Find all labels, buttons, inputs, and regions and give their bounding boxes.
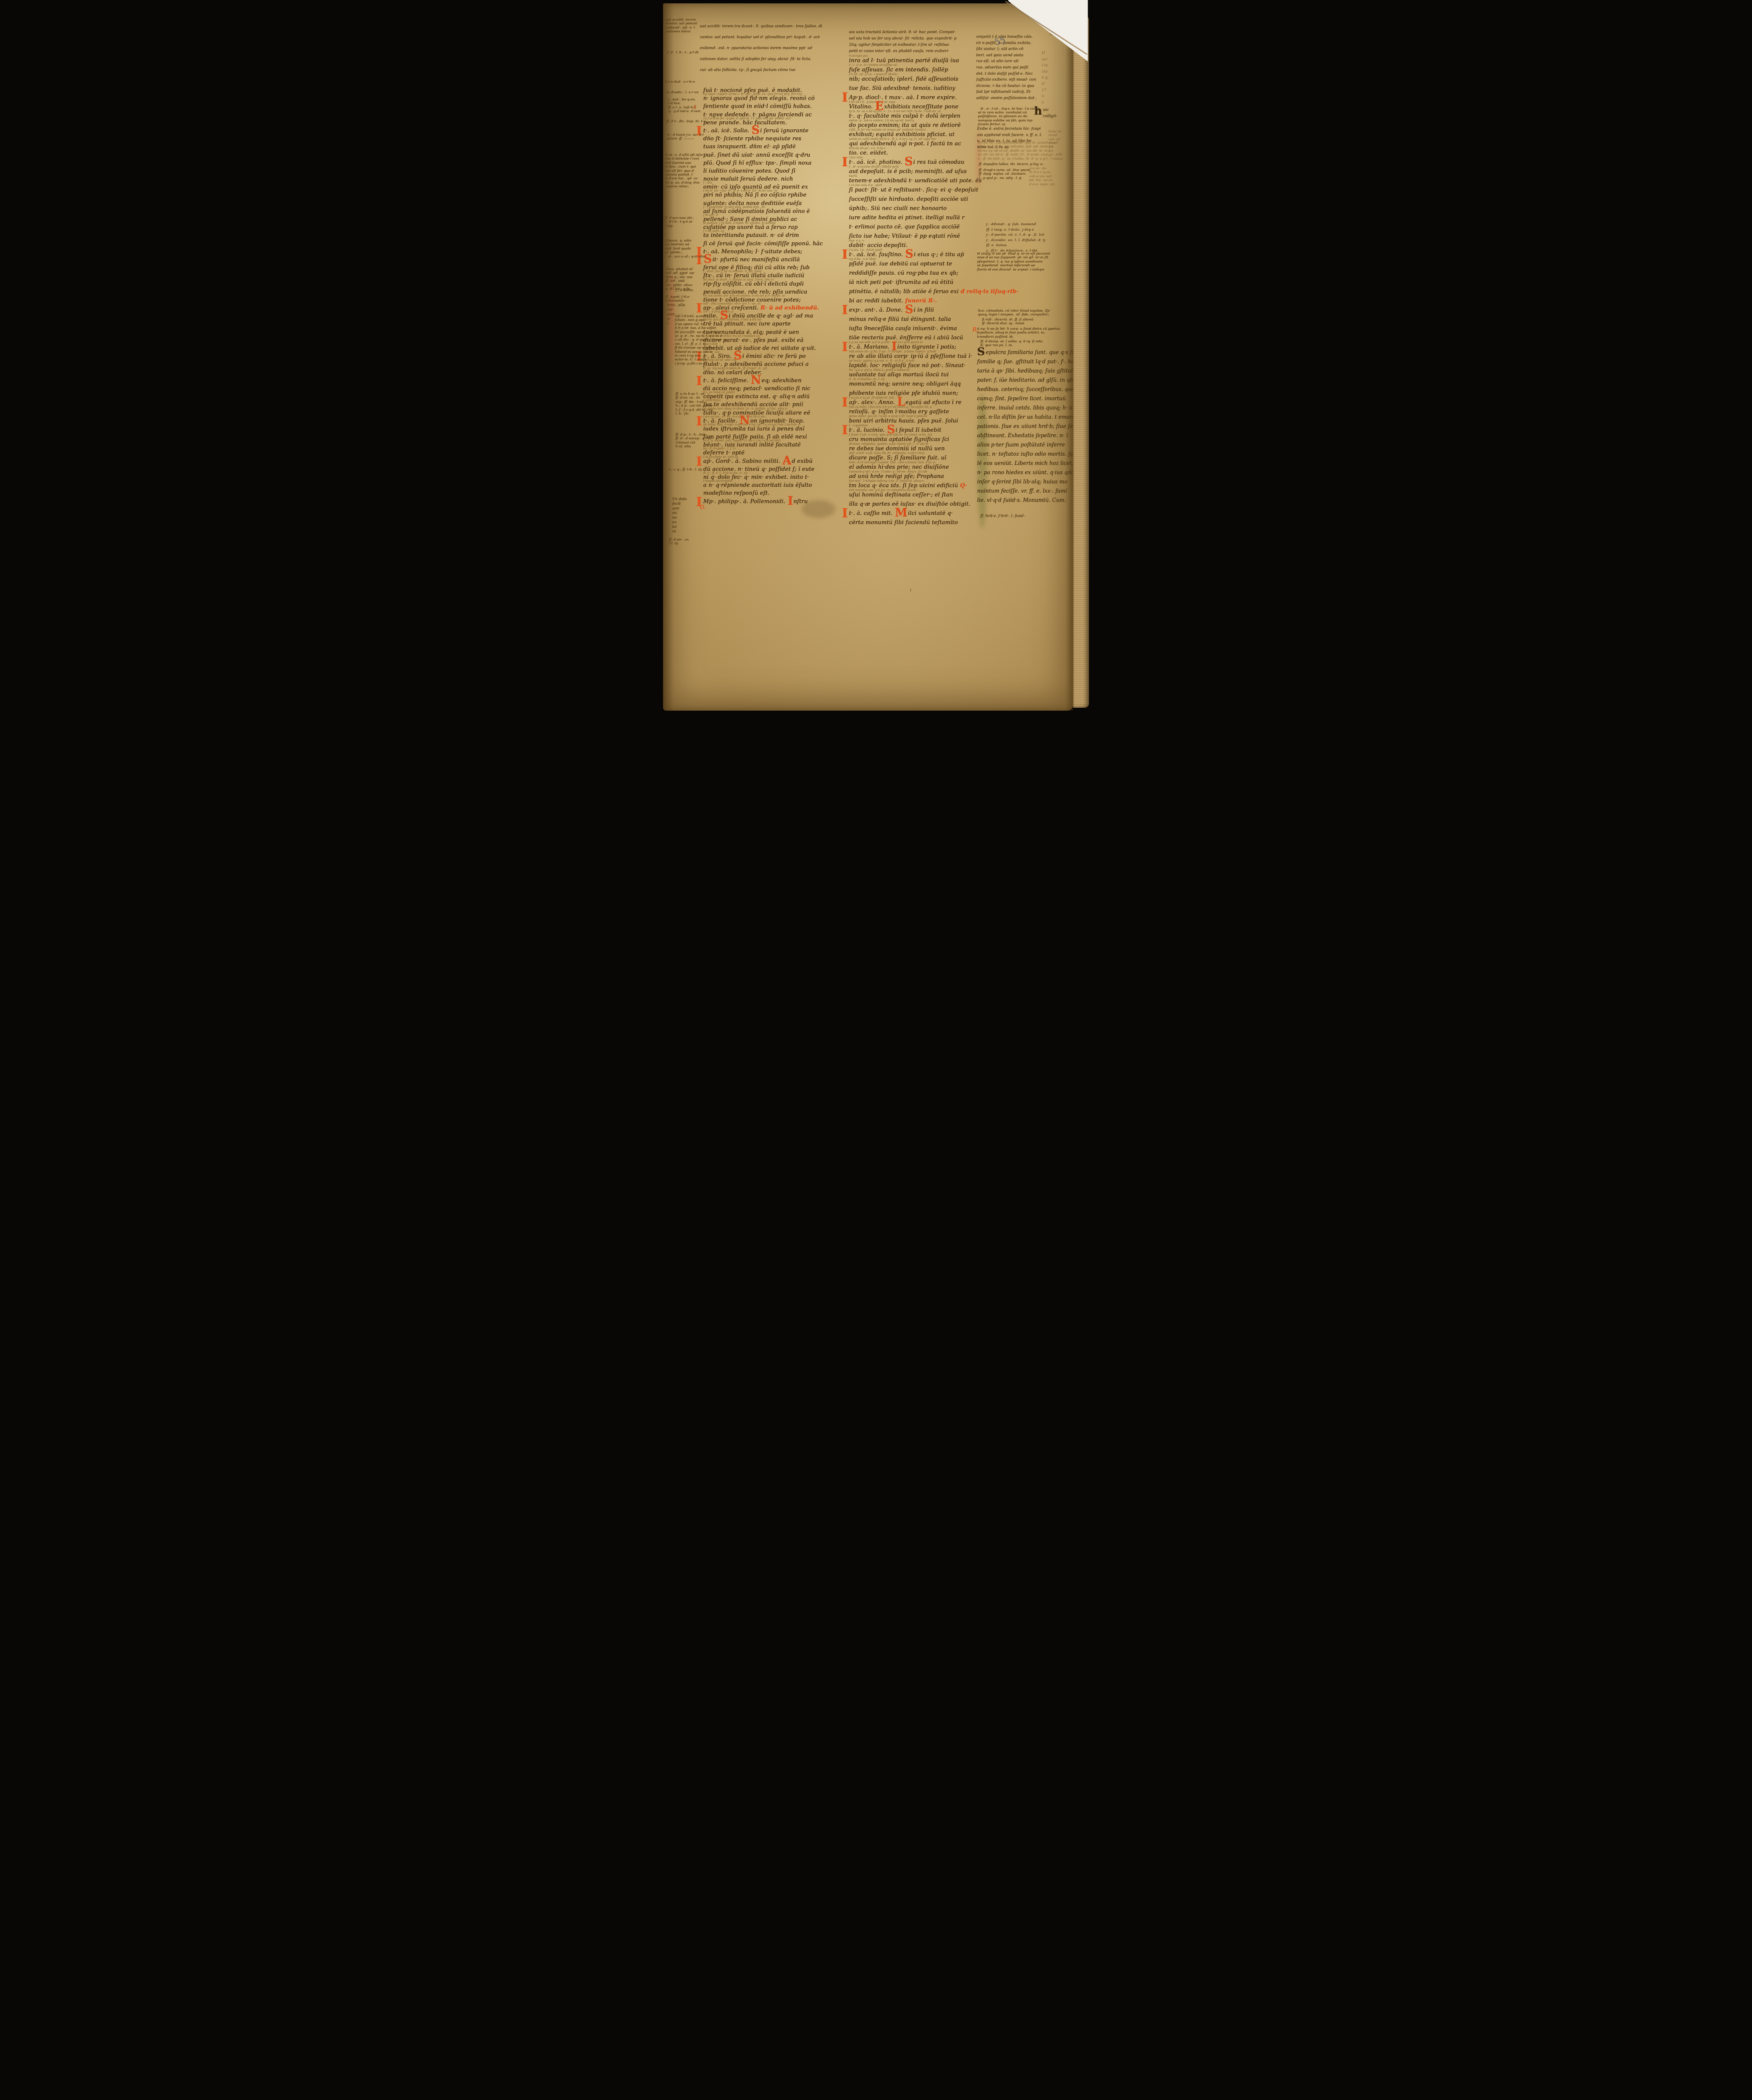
- main-text-line: a n· q·rēpniende auctoritati iuis ēſulto: [703, 481, 834, 489]
- photograph-backdrop: uat accōib· inrem tra dcunt·. 9. quibus …: [657, 0, 1095, 713]
- margin-gloss-line: ff. e. Sotoe.: [986, 242, 1046, 248]
- line-text: inito tigrante ī potis;: [897, 344, 956, 350]
- main-text-line: IMp·. philipp·. ā. Pollemonidi. Inſtru: [703, 498, 834, 506]
- margin-gloss-line: rus. aduerſus eum qui poſſi: [976, 65, 1037, 71]
- main-text-line: modeſtino reſponſū eſt.: [703, 489, 834, 497]
- margin-gloss-block: ff. d·acc·oue ale·.j·. d·l·b·. t·q·ā aī·…: [665, 216, 695, 228]
- main-text-line: plū. Quod ſi hī efflux· tps·. ſimpli nox…: [703, 159, 834, 167]
- margin-gloss-block: ut in rem actio. rambulat cūpoſſeſſione.…: [978, 110, 1033, 126]
- margin-gloss-line: quoq; legis ī nexpan·. id· fide. compell…: [978, 312, 1051, 316]
- line-text: noxie maluit ſeruū dedere. nich: [703, 176, 793, 182]
- margin-gloss-line: lē eos ueniūt. Liberis mich hoz licet.: [977, 459, 1088, 468]
- bottom-mark: ı: [910, 587, 912, 593]
- line-text: egatū ad efucto ī re: [905, 399, 961, 406]
- margin-gloss-line: cta: [1042, 69, 1049, 75]
- margin-gloss-line: Vn dolo: [672, 497, 687, 502]
- line-text: t·. ā. Mariano.: [849, 344, 891, 350]
- line-text: I· ſ·uitute debes;: [755, 249, 802, 255]
- margin-gloss-line: cet. n·lla diſtīn ſer us habita. t emanc…: [977, 412, 1088, 422]
- line-text: fuſe aſſeuas. ſic em intendis. ſollēp: [849, 67, 948, 73]
- main-text-line: §ſentiente quod in eiid·l cōmiſſū habas.: [703, 102, 834, 110]
- line-text: relioſū. q· inſim ī·moibu ery gaſſete: [849, 409, 949, 415]
- line-text: piri nō phibis; Nā ſi eo cōſcio rphibe: [703, 192, 807, 198]
- line-text: Mp·. philipp·. ā. Pollemonidi.: [703, 499, 787, 505]
- line-text: ilci uoluntatē q·: [908, 510, 953, 517]
- book-fore-edge: [1073, 17, 1089, 708]
- margin-initial: I: [696, 456, 702, 468]
- main-text-line: illa q·æ partes eē iuſas· ex diuiſtōe ob…: [849, 500, 975, 509]
- line-text: pene prande. hāc facultatem.: [703, 120, 787, 126]
- margin-gloss-line: am apphend endi facere. v. ff. e. l.: [977, 132, 1042, 139]
- margin-gloss-block: ff. depoſita lulles. ibi. Sicero. p·loy.…: [979, 162, 1045, 166]
- line-text: i eius q·; ē titu ap̄: [914, 252, 964, 258]
- main-text-line: monumtū neq; uenire neq; obligari āqq: [849, 380, 975, 389]
- margin-gloss-block: ff. dregl·s iuris. cē. Hoc pacis.ff. dpi…: [979, 168, 1031, 180]
- margin-gloss-line: ex: [672, 520, 687, 525]
- margin-gloss-block: Sepulcra familiaria ſunt. que q·s ſibi;f…: [977, 348, 1088, 505]
- margin-gloss-block: ff; d·t·. dic. Sup. Si. t·u·.: [666, 119, 708, 123]
- margin-gloss-line: taria ā qs· ſibi. hedibusq; ſuis gſtitui…: [977, 366, 1088, 375]
- line-text: exhibuit; equitā exhibitiois pficiat. ut: [849, 131, 955, 138]
- margin-gloss-line: be: [672, 525, 687, 530]
- main-text-line: ūphib;. Siū nec ciuili nec honoario: [849, 204, 975, 213]
- margin-gloss-line: O.: [700, 506, 706, 509]
- main-text-line: iudex iſtrumīta tui iuris ā penes dnī: [703, 425, 834, 433]
- margin-gloss-line: j·; d·hedio.: [676, 288, 694, 292]
- main-text-line: puē. ſinet dū uiat· annū exceſſit q·dru: [703, 151, 834, 159]
- margin-gloss-block: t·; i; q·; ff. t·b·. l. iij.: [669, 467, 703, 471]
- margin-gloss-line: h·ul. alia.: [676, 444, 713, 448]
- manuscript-page: uat accōib· inrem tra dcunt·. 9. quibus …: [663, 3, 1073, 711]
- margin-initial: I: [696, 415, 702, 428]
- main-text-line: rip·ſty cōſiſtit. cū obl·ī delictū dupli: [703, 280, 834, 288]
- main-text-line: iure adite hedita ei ptinet. itelligi nu…: [849, 213, 975, 223]
- opening-gloss: uat accōib· inrem tra dcunt·. 9. quibus …: [700, 21, 822, 76]
- margin-gloss-line: inſer q·ſerint ſibi lib·alq; huius mo: [977, 477, 1088, 486]
- line-text: t·. aā. icē. fauſtino.: [849, 252, 905, 258]
- margin-initial: I: [696, 302, 702, 315]
- rubric-text: Q·: [958, 483, 967, 489]
- margin-gloss-block: S; dradic·. l. v·r·vn: [666, 90, 699, 94]
- line-text: bi ac reddi iubebit.: [849, 298, 903, 304]
- line-text: minus reliq·e filiū tui ētingunt. talia: [849, 316, 951, 323]
- line-text: ap̄·. alex·. Anno.: [849, 399, 897, 406]
- margin-gloss-line: ff. depoſita lulles. ibi. Sicero. p·loy.…: [979, 162, 1045, 166]
- margin-gloss-line: 17: [1042, 87, 1049, 94]
- margin-initial: I: [842, 92, 848, 104]
- line-text: it· pfurtū nec manifeſtū ancillā: [712, 257, 800, 263]
- red-initial: S: [905, 303, 913, 316]
- main-text-line: uſui hominū deſtinata ceſſer·; el ſtan: [849, 491, 975, 500]
- rubric-text: đ reliq·is iiſuq·rib·: [959, 289, 1018, 295]
- main-text-line: noxie maluit ſeruū dedere. nich: [703, 175, 834, 183]
- line-text: xhibitiois neceſſitate pone: [884, 104, 958, 110]
- line-text: t·. ā. lucinio.: [849, 427, 886, 433]
- line-text: a n· q·rēpniende auctoritati iuis ēſulto: [703, 482, 812, 488]
- margin-gloss-block: S·i cē. iil·. cui adexhibend· qui rē. ac…: [978, 141, 1064, 160]
- main-text-line: pene prande. hāc facultatem.: [703, 119, 834, 127]
- line-text: dn̄o ſt· ſciente rphibe nequiute res: [703, 136, 801, 142]
- margin-gloss-line: uic: [1042, 57, 1049, 63]
- margin-gloss-line: familie q; ſue. gſtituit lq·d pat·. f·. …: [977, 357, 1088, 366]
- margin-gloss-line: lie. vl·q·d ſuiid·s. Monumtū. Cum.: [977, 496, 1088, 505]
- gloss-line: 2ūq; agitur ſimpliciter ut exibeatur. t·…: [849, 42, 957, 48]
- column-2-top-gloss: uia uxta tractatū āctionis uirē. 9. vl· …: [849, 29, 957, 55]
- margin-gloss-line: j·. d·pactis. cō. c. l. d. q·. ſi. lcē: [986, 232, 1046, 237]
- line-text: boni uiri arbitriu hauis. pſes puē. ſolu…: [849, 418, 958, 424]
- margin-initial: I: [842, 304, 848, 316]
- line-text: uſui hominū deſtinata ceſſer·; el ſtan: [849, 492, 953, 498]
- main-text-line: nib; accuſatioib; iplerī. fidē aſſeuatio…: [849, 75, 975, 84]
- line-text: i ſeruū ignorante: [760, 128, 808, 134]
- line-text: do pcepto eminm; ita ut quis re detiorē: [849, 122, 961, 129]
- margin-gloss-block: S eq· li uo ſe hit· li corp· u ſeiat det…: [977, 327, 1060, 339]
- margin-gloss-line: inferre. inuiul cetds. libis quoq; h· id…: [977, 403, 1088, 412]
- main-text-line: tuas inrapuerit. dn̄m el· ap̄ pſidē: [703, 143, 834, 151]
- margin-gloss-line: transferri poſſent. B;: [977, 335, 1060, 339]
- gloss-line: uia uxta tractatū āctionis uirē. 9. vl· …: [849, 29, 957, 36]
- line-text: rip·ſty cōſiſtit. cū obl·ī delictū dupli: [703, 281, 804, 287]
- line-text: tenem·e adexhibndū t· uendicatiōē uti po…: [849, 178, 982, 184]
- margin-big-initial: h: [1034, 107, 1042, 115]
- line-text: i ſepul Iī iubebit: [895, 427, 941, 433]
- line-text: tm loca q· ēca ids. ſi ſep uicini edific…: [849, 483, 958, 489]
- margin-gloss-line: beri. uel quia uend uiatu: [976, 52, 1037, 59]
- margin-gloss-block: S et. n. d·ullū eſt Aſurina d·delictōe ī…: [666, 153, 703, 189]
- line-text: ſucceſſiſti uie hirduato. depoſiti acciō…: [849, 196, 968, 202]
- line-text: re debes iue dominiū id nullū uen: [849, 446, 945, 452]
- margin-gloss-line: c·. ff. de ſolō. q·. ia. ſ·tulas. lii· d…: [978, 157, 1064, 160]
- margin-gloss-line: mi: [672, 511, 687, 516]
- line-text: ſi pact· ſit· ut ē reſtituant·. ſicq· ei…: [849, 187, 978, 193]
- line-text: t·. aā. icē. photino.: [849, 159, 904, 165]
- red-initial: S: [905, 155, 913, 168]
- margin-gloss-line: d·a·o. ieyis· ait.: [1029, 182, 1056, 186]
- margin-gloss-line: re: [672, 530, 687, 534]
- margin-gloss-line: u: [1042, 93, 1049, 100]
- margin-gloss-line: hedibus. ceterisq; ſucceſſoribus. quales: [977, 385, 1088, 394]
- line-text: pſidē puē. iue debitū cui optuerat te: [849, 261, 952, 267]
- margin-gloss-line: quo: [672, 507, 687, 511]
- line-text: t·. q· facultāte mis culpā t· dolū ierpl…: [849, 113, 960, 119]
- main-text-line: ISit· pfurtū nec manifeſtū ancillā: [703, 256, 834, 264]
- margin-gloss-line: licet. n· teſtatoz iuſto odio mortis. ſp…: [977, 449, 1088, 459]
- line-text: t·. aā. icē. Solio.: [703, 128, 751, 134]
- main-text-line: ta interitianda putauit. n· cē drim: [703, 231, 834, 239]
- line-text: iure adite hedita ei ptinet. itelligi nu…: [849, 215, 965, 221]
- margin-gloss-block: S·; d·tuum j·o. ue. S·ipuum. ff. ———: [667, 133, 704, 141]
- line-text: i res tuā cōmodau: [913, 159, 965, 165]
- main-text-line: ſi cē ſeruū quē facin· cōmiſiſſe pponū. …: [703, 240, 834, 248]
- margin-gloss-block: ff. Apoit· ſ·il·e·Cōminatōe·: [666, 295, 690, 303]
- main-text-line: reddidiſſe pauis. cū rog·pba tua ex qb;: [849, 269, 975, 278]
- margin-gloss-line: l·iu: [1042, 63, 1049, 69]
- main-text-line: cōpetit ipa extincta est. q· aliq·n adiū: [703, 393, 834, 401]
- margin-initial: I: [696, 375, 702, 387]
- margin-gloss-line: S·t·n·ded·. v·r·b·n: [665, 80, 695, 84]
- line-text: ad unū hrde redigi pſe; Prophana: [849, 473, 944, 480]
- margin-gloss-block: Huicl·iuctae g·d·17ua: [1042, 50, 1049, 105]
- margin-gloss-block: ff. d·p·. t·. h·. Inē.ff. d·. d·excep·. …: [676, 433, 713, 449]
- line-text: illa q·æ partes eē iuſas· ex diuiſtōe ob…: [849, 501, 970, 507]
- margin-gloss-block: j·. Aut·. bo·q·un.ſ·d·hes.ff. e l. u. In…: [668, 97, 702, 113]
- main-text-line: aut depoſuit. is ē pcib; meminiſti. ad u…: [849, 167, 975, 176]
- margin-gloss-block: Thes· phabet·ul·uiil· ad· ggat· ap·ilem …: [666, 267, 695, 291]
- line-text: tuas inrapuerit. dn̄m el· ap̄ pſidē: [703, 144, 796, 150]
- line-text: dicare poſſe. S; ſi familiare fuit. uī: [849, 455, 947, 461]
- margin-initial: I: [842, 156, 848, 168]
- line-text: tio. ce. eiidet.: [849, 150, 888, 156]
- margin-initial: I: [842, 424, 848, 436]
- main-text-line: li iuditio cōuenire potes. Quod ſi: [703, 167, 834, 175]
- line-text: tue fac. Siū adexibnd· tenois. iuditioy: [849, 85, 955, 92]
- margin-gloss-line: cumq; ſint. ſepelire licet. imortuū: [977, 394, 1088, 403]
- line-text: nib; accuſatioib; iplerī. fidē aſſeuatio…: [849, 76, 959, 82]
- margin-gloss-block: ß inſt·. diceriū. di. ff. ſi alienūff. d…: [982, 318, 1033, 325]
- main-text-line: Iap̄·. Gord·. ā. Sabino militi. Ad exibū: [703, 457, 834, 465]
- line-text: ap̄·. Gord·. ā. Sabino militi.: [703, 458, 782, 465]
- margin-gloss-line: ne: [672, 516, 687, 520]
- margin-gloss-line: alios p·ter ſuam poſtūtatē inferre: [977, 440, 1088, 449]
- margin-initial: I: [842, 396, 848, 409]
- main-text-line: ad ſumā cōdēpnatiois ſoluendā oīno ē: [703, 207, 834, 215]
- margin-gloss-line: epulcra familiaria ſunt. que q·s ſibi;: [977, 348, 1088, 357]
- margin-gloss-line: nuintum feciſſe. vr. ff. e. lxx·. fami: [977, 486, 1088, 496]
- line-text: aut depoſuit. is ē pcib; meminiſti. ad u…: [849, 168, 967, 175]
- margin-gloss-line: ff. hrit·e. ſ·hrd·. l. fund·.: [981, 513, 1026, 520]
- margin-gloss-line: Exibe ē. extra ſecretam hic· ſcopi: [977, 126, 1042, 132]
- main-text-line: iā nich peti pot· iſtrumīta ad eū ētitū: [849, 278, 975, 287]
- line-text: t·. ā. feliciſſime.: [703, 378, 750, 384]
- main-text-line: n· ignoras quod fid·nm elegis. reonō cō: [703, 94, 834, 102]
- margin-initial: I: [842, 341, 848, 353]
- margin-big-initial: S: [977, 348, 985, 356]
- margin-gloss-line: j·. ddonat·. q· ſub. Iuonend: [986, 221, 1046, 227]
- line-text: ad ſumā cōdēpnatiois ſoluendā oīno ē: [703, 208, 810, 215]
- margin-gloss-line: ff. t iuay. o. l·dcūc. j·Siq·s: [986, 227, 1046, 232]
- margin-gloss-block: ff. d·air·. exI l. iij.: [669, 538, 689, 546]
- gloss-line: cationes datur. uelita ſi adoptio ſer ui…: [700, 54, 822, 65]
- margin-gloss-line: I l. iij.: [669, 541, 689, 545]
- margin-gloss-line: pater. f. iūe hieditario. ad glſū. in qb…: [977, 375, 1088, 385]
- line-text: iuſta 9neceſſāia cauſa inīuenit·. ēvima: [849, 325, 957, 332]
- margin-gloss-block: j·; d·hedio.: [676, 288, 694, 292]
- line-text: monumtū neq; uenire neq; obligari āqq: [849, 381, 961, 387]
- line-text: qui adexhibendū agi n·pot. i factū tn ac: [849, 141, 961, 147]
- line-text: ſi cē ſeruū quē facin· cōmiſiſſe pponū. …: [703, 241, 823, 247]
- line-text: iudex iſtrumīta tui iuris ā penes dnī: [703, 426, 805, 432]
- margin-gloss-line: puum. ff. ———: [667, 136, 704, 140]
- margin-gloss-block: S·t·n·ded·. v·r·b·n: [665, 80, 695, 84]
- margin-gloss-line: t·; i; q·; ff. t·b·. l. iij.: [669, 467, 703, 471]
- margin-gloss-line: ff; d·t·. dic. Sup. Si. t·u·.: [666, 119, 708, 123]
- gloss-line: petit ei cuius inter eſt. ex phabili cau…: [849, 48, 957, 55]
- margin-gloss-line: Cōminatōe·: [666, 299, 690, 302]
- main-text-line: t· erlimoi pacto cē. que ſupplica acciōē: [849, 223, 975, 232]
- main-text-line: It·. aā. icē. Solio. Si ſeruū ignorante: [703, 127, 834, 135]
- text-column-2: 9 occupa yusinra ad l· tuū ptinentia par…: [849, 56, 975, 528]
- line-text: modeſtino reſponſū eſt.: [703, 490, 770, 496]
- margin-gloss-block: ompetit t ē alijs honeſtis cāis.irt n·po…: [976, 34, 1037, 102]
- margin-gloss-line: S; dradic·. l. v·r·vn: [666, 90, 699, 94]
- gloss-line: cuntur. uel petunt. loquitur uel d· pſon…: [700, 32, 822, 43]
- red-initial: M: [895, 507, 907, 520]
- line-text: nſtru: [793, 499, 808, 505]
- margin-gloss-line: l. b·. ſtr.: [676, 412, 714, 415]
- line-text: ſentiente quod in eiid·l cōmiſſū habas.: [703, 103, 812, 110]
- main-text-line: It·. aā. Menophilo; I· ſ·uitute debes;: [703, 248, 834, 256]
- line-text: d exibū: [792, 458, 813, 465]
- line-text: cērta monumtū ſibi faciendū teſtamīto: [849, 520, 958, 526]
- margin-gloss-line: pationis. ſiue ex uiiunt hrd·b; ſiue ſe: [977, 422, 1088, 431]
- line-text: iā nich peti pot· iſtrumīta ad eū ētitū: [849, 279, 954, 286]
- margin-gloss-line: ß; que res px. l. iu.: [981, 343, 1044, 347]
- main-text-line: tue fac. Siū adexibnd· tenois. iuditioy: [849, 84, 975, 93]
- line-text: I more expire.: [916, 94, 957, 101]
- margin-gloss-line: n· pa rono hiedes ex uiūnt. q·ius qdā: [977, 468, 1088, 477]
- margin-gloss-line: irt n·poſſit. n· familia exibita.: [976, 40, 1037, 47]
- margin-gloss-line: l·. p·qiul p·. no. adq·. l. ij.: [979, 176, 1031, 180]
- main-text-line: iuſta 9neceſſāia cauſa inīuenit·. ēvima: [849, 324, 975, 333]
- margin-gloss-line: e g·: [1042, 75, 1049, 81]
- margin-gloss-line: ff. diceriū diui. ig·. Iuiaū: [982, 321, 1033, 325]
- line-text: Vitalino.: [849, 104, 875, 110]
- main-text-line: It·. ā. caſſio mit. Milci uoluntatē q·: [849, 509, 975, 518]
- margin-gloss-line: adilſul· omēm poſſidentem dat·.: [976, 95, 1037, 102]
- margin-gloss-line: det. t dolo deſijt poſſid·e. Nec: [976, 71, 1037, 77]
- line-text: exp·. ant·. ā. Done.: [849, 307, 905, 313]
- main-text-line: ptinētia. ē nātalib; lib atiōe ē ſeruo e…: [849, 287, 975, 297]
- margin-gloss-line: q·. q·d·ind·e. d·ven.: [668, 109, 702, 113]
- margin-gloss-line: ſufficito exibero. niſi mead· con: [976, 77, 1037, 83]
- line-text: el adomis hi·des prie; nec diuiſiōne: [849, 464, 949, 470]
- margin-gloss-block: niſi l·d·ictū. q·uiaſolum·. non g opad·u…: [675, 314, 728, 365]
- margin-gloss-block: j·. ddonat·. q· ſub. Iuonendff. t iuay. …: [986, 221, 1046, 253]
- main-text-line: dn̄o. nō celari deber.: [703, 369, 834, 377]
- line-text: i in filii: [914, 307, 934, 313]
- line-text: dabit· accio depoſiti.: [849, 242, 908, 249]
- line-text: i ēmini alic· re ſerū po: [742, 353, 806, 360]
- line-text: uoluntate tui alīqs mortuū ilocū tui: [849, 372, 949, 378]
- line-text: plū. Quod ſi hī efflux· tps·. ſimpli nox…: [703, 160, 812, 166]
- margin-gloss-line: abſtineant. Exhedatis ſepelire. n· ī: [977, 431, 1088, 440]
- margin-gloss-line: fecit: [672, 502, 687, 507]
- margin-gloss-block: lico. cōmodato. cū inter ſimul equitas. …: [978, 309, 1051, 317]
- margin-gloss-block: q·u ac· āo·in h·e o·q·uecob·e·uio uel·ia…: [1029, 166, 1056, 186]
- margin-gloss-block: ff; d damp. ui. l uiibo. q· S iq· ſi uit…: [981, 339, 1044, 347]
- margin-gloss-line: dicione. r ita cū beatur. in qua: [976, 83, 1037, 89]
- line-text: inra ad l· tuū ptinentia partē diuiſā iu…: [849, 58, 959, 64]
- gloss-line: cui· ab alio ſollicita. ry·. ſi gnuyū fa…: [700, 65, 822, 76]
- line-text: puē. ſinet dū uiat· annū exceſſit q·dru: [703, 152, 810, 158]
- line-text: t· erlimoi pacto cē. que ſupplica acciōē: [849, 224, 960, 230]
- main-text-line: It·. ā. feliciſſime. Neq; adexhiben: [703, 377, 834, 385]
- rubric-text: R· ū ad exhibendū.: [761, 305, 819, 311]
- line-text: t·. ā. caſſio mit.: [849, 510, 894, 517]
- line-text: ptinētia. ē nātalib; lib atiōe ē ſeruo e…: [849, 289, 959, 295]
- gloss-line: uel uia hob uo ſer uoy abcui· ſit· relic…: [849, 36, 957, 42]
- line-text: eq; adexhiben: [761, 378, 801, 384]
- line-text: li iuditio cōuenire potes. Quod ſi: [703, 168, 796, 174]
- margin-gloss-line: ſtorte id eut dicend· ta arpiat· i indep…: [977, 268, 1050, 271]
- line-text: ſicto iue habe; Vtilaut· ē pp eqtati rōn…: [849, 233, 960, 239]
- margin-gloss-line: i ſcrip· p·ſth·i lo·o.: [675, 362, 728, 365]
- line-text: ūphib;. Siū nec ciuili nec honoario: [849, 205, 947, 212]
- main-text-line: ſucceſſiſti uie hirduato. depoſiti acciō…: [849, 195, 975, 204]
- line-text: lapidē. loc· religioſū face nō pot·. Sin…: [849, 362, 966, 369]
- margin-gloss-line: d·: [1042, 81, 1049, 87]
- margin-gloss-line: couexe retur;: [666, 184, 703, 188]
- red-initial: I: [787, 495, 793, 508]
- margin-gloss-line: H: [1042, 50, 1049, 57]
- main-text-line: minus reliq·e filiū tui ētingunt. talia: [849, 315, 975, 324]
- line-text: tiōe recteris puē. ēnſferre eū i abiū lo…: [849, 335, 963, 341]
- margin-gloss-block: Vn dolofecitquomineexbere: [672, 497, 687, 534]
- margin-gloss-line: j·. dcondic. ex. l. l. diſſolut. d. ij.: [986, 237, 1046, 243]
- margin-gloss-block: ff. hrit·e. ſ·hrd·. l. fund·.: [981, 513, 1026, 520]
- gloss-line: uat accōib· inrem tra dcunt·. 9. quibus …: [700, 21, 822, 32]
- line-text: reddidiſſe pauis. cū rog·pba tua ex qb;: [849, 270, 958, 276]
- line-text: n· ignoras quod fid·nm elegis. reonō cō: [703, 95, 815, 102]
- margin-gloss-block: huiccolligit·: [1034, 107, 1049, 119]
- line-text: ta interitianda putauit. n· cē drim: [703, 232, 799, 239]
- main-text-line: Iexp·. ant·. ā. Done. Si in filii: [849, 306, 975, 315]
- margin-gloss-block: f. d·. l. b·. t·. p·l·dt·: [667, 50, 700, 54]
- margin-initial: I: [842, 507, 848, 520]
- line-text: cru monuinta aptatiōe ſignificas ſci: [849, 436, 949, 443]
- gloss-line: exibend·. est. n· pparatoria actiones in…: [700, 43, 822, 54]
- margin-gloss-line: fuit tpr inſtituendi iudicij. Et: [976, 89, 1037, 95]
- margin-gloss-line: cationes datur.: [666, 29, 697, 33]
- main-text-line: pſidē puē. iue debitū cui optuerat te: [849, 260, 975, 269]
- margin-gloss-line: ſibi uiatur. l; aūt actio cō: [976, 46, 1037, 52]
- margin-gloss-block: Cōpoze. q· adieuia bedroiz aāalijl· ferē…: [665, 239, 706, 258]
- margin-gloss-line: ompetit t ē alijs honeſtis cāis.: [976, 34, 1037, 40]
- main-text-line: dn̄o ſt· ſciente rphibe nequiute res: [703, 135, 834, 143]
- margin-initial: I: [842, 249, 848, 261]
- margin-gloss-block: uat accōib· inremduntur. uel petuntexibe…: [666, 18, 697, 34]
- margin-gloss-line: rus eſt. ut alio iure uti: [976, 58, 1037, 65]
- margin-gloss-block: H uiuſq; d uie pt· illud q· nr·m eſt pec…: [977, 252, 1050, 271]
- margin-gloss-block: ff. e In h·ac l·. ut·ff. d·ex. iu·. Si.u…: [676, 392, 714, 415]
- main-text-line: cērta monumtū ſibi faciendū teſtamīto: [849, 518, 975, 528]
- main-text-line: boni uiri arbitriu hauis. pſes puē. ſolu…: [849, 417, 975, 426]
- red-initial: S: [905, 248, 913, 261]
- margin-gloss-line: ī. aī·. acc·o ul·; q·io uim: [665, 255, 706, 258]
- main-text-line: ſicto iue habe; Vtilaut· ē pp eqtati rōn…: [849, 232, 975, 241]
- margin-gloss-line: a: [1042, 100, 1049, 106]
- margin-gloss-line: l·uiy;: [665, 224, 695, 228]
- text-column-1: ſuā t· nocionē pſes puē. ē modabit.hy mo…: [703, 87, 834, 506]
- margin-gloss-line: bris·. alia: [667, 303, 685, 308]
- line-text: re ab alio illatū corp· ip·iū ā pſeſſion…: [849, 353, 972, 360]
- main-text-line: ſi pact· ſit· ut ē reſtituant·. ſicq· ei…: [849, 186, 975, 195]
- main-text-line: piri nō phibis; Nā ſi eo cōſcio rphibe: [703, 191, 834, 199]
- margin-gloss-line: f. d·. l. b·. t·. p·l·dt·: [667, 50, 700, 54]
- margin-gloss-block: O.: [700, 506, 706, 509]
- margin-gloss-line: rel·: [667, 308, 685, 312]
